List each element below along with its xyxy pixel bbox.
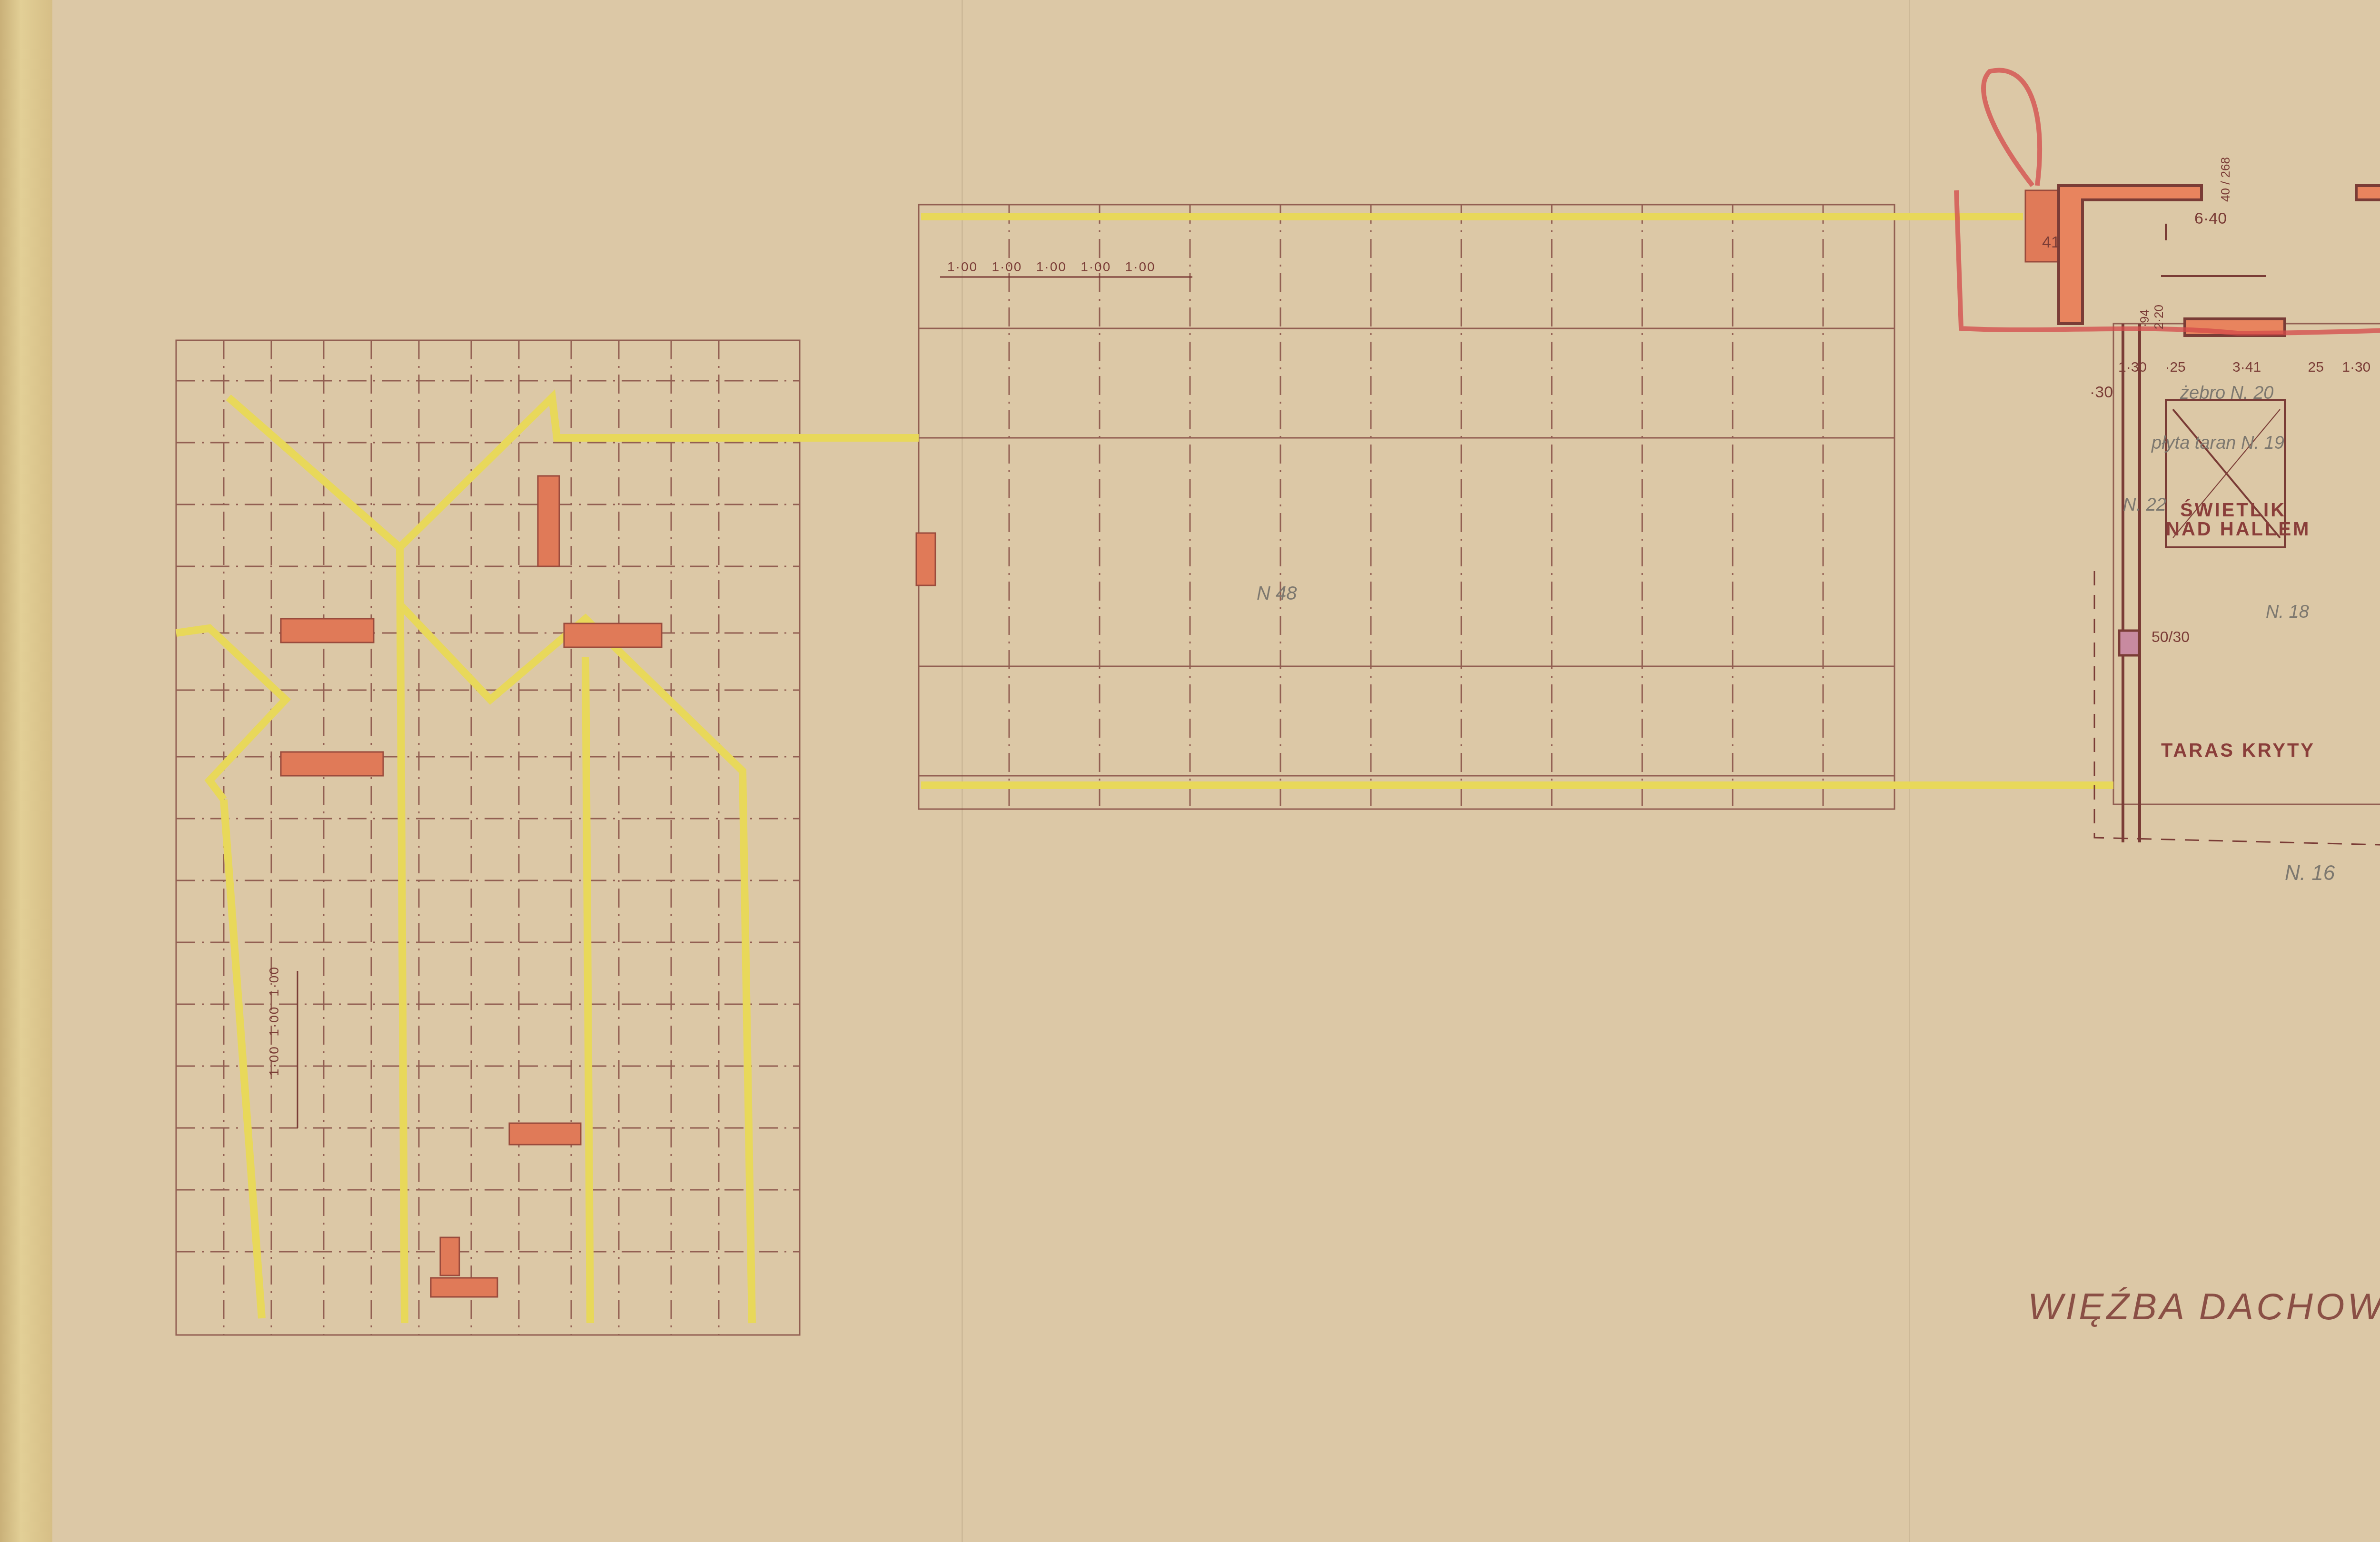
scale-dim: 1·00 <box>267 966 281 997</box>
roof-framing-plan <box>0 0 2380 1542</box>
scale-dim: 1·00 <box>1125 259 1156 274</box>
skylight-label-line1: ŚWIETLIK <box>2180 500 2286 521</box>
scale-dim: 1·00 <box>1036 259 1067 274</box>
top-scale: 1·00 1·00 1·00 1·00 1·00 <box>947 259 1156 275</box>
scale-dim: 1·00 <box>1081 259 1111 274</box>
n48-note: N 48 <box>1257 583 1297 604</box>
n16-note: N. 16 <box>2285 861 2335 885</box>
scale-dim: 1·00 <box>267 1006 281 1037</box>
n22-note: N. 22 <box>2123 495 2166 515</box>
wall-dim: 41 <box>2042 233 2060 252</box>
scale-dim: 1·00 <box>992 259 1022 274</box>
rib-note: żebro N. 20 <box>2180 383 2273 404</box>
horizontal-dim-row: 1·30 ·25 3·41 25 1·30 <box>2118 359 2370 376</box>
column-dim: 50/30 <box>2152 628 2190 646</box>
dim: 25 <box>2308 359 2323 375</box>
left-door-dim: ·94 <box>2137 309 2152 327</box>
scale-dim: 1·00 <box>947 259 978 274</box>
stair-width-dim: 6·40 <box>2194 209 2227 228</box>
n18-note: N. 18 <box>2266 602 2309 623</box>
drawing-title: WIĘŹBA DACHOWA <box>2028 1285 2380 1328</box>
dim: ·25 <box>2165 359 2185 375</box>
dim: 1·30 <box>2342 359 2370 375</box>
left-scale: 1·00 1·00 1·00 <box>267 966 282 1076</box>
covered-terrace-label: TARAS KRYTY <box>2161 740 2315 761</box>
scale-dim: 1·00 <box>267 1046 281 1076</box>
slab-note: płyta taran N. 19 <box>2152 433 2284 454</box>
dim: 3·41 <box>2232 359 2261 375</box>
side-dim: ·30 <box>2090 383 2113 402</box>
skylight-label-line2: NAD HALLEM <box>2166 519 2311 540</box>
left-door-dim: 2·20 <box>2152 305 2166 329</box>
dim: 1·30 <box>2118 359 2147 375</box>
stair-level-dim: 40 / 268 <box>2218 157 2233 202</box>
